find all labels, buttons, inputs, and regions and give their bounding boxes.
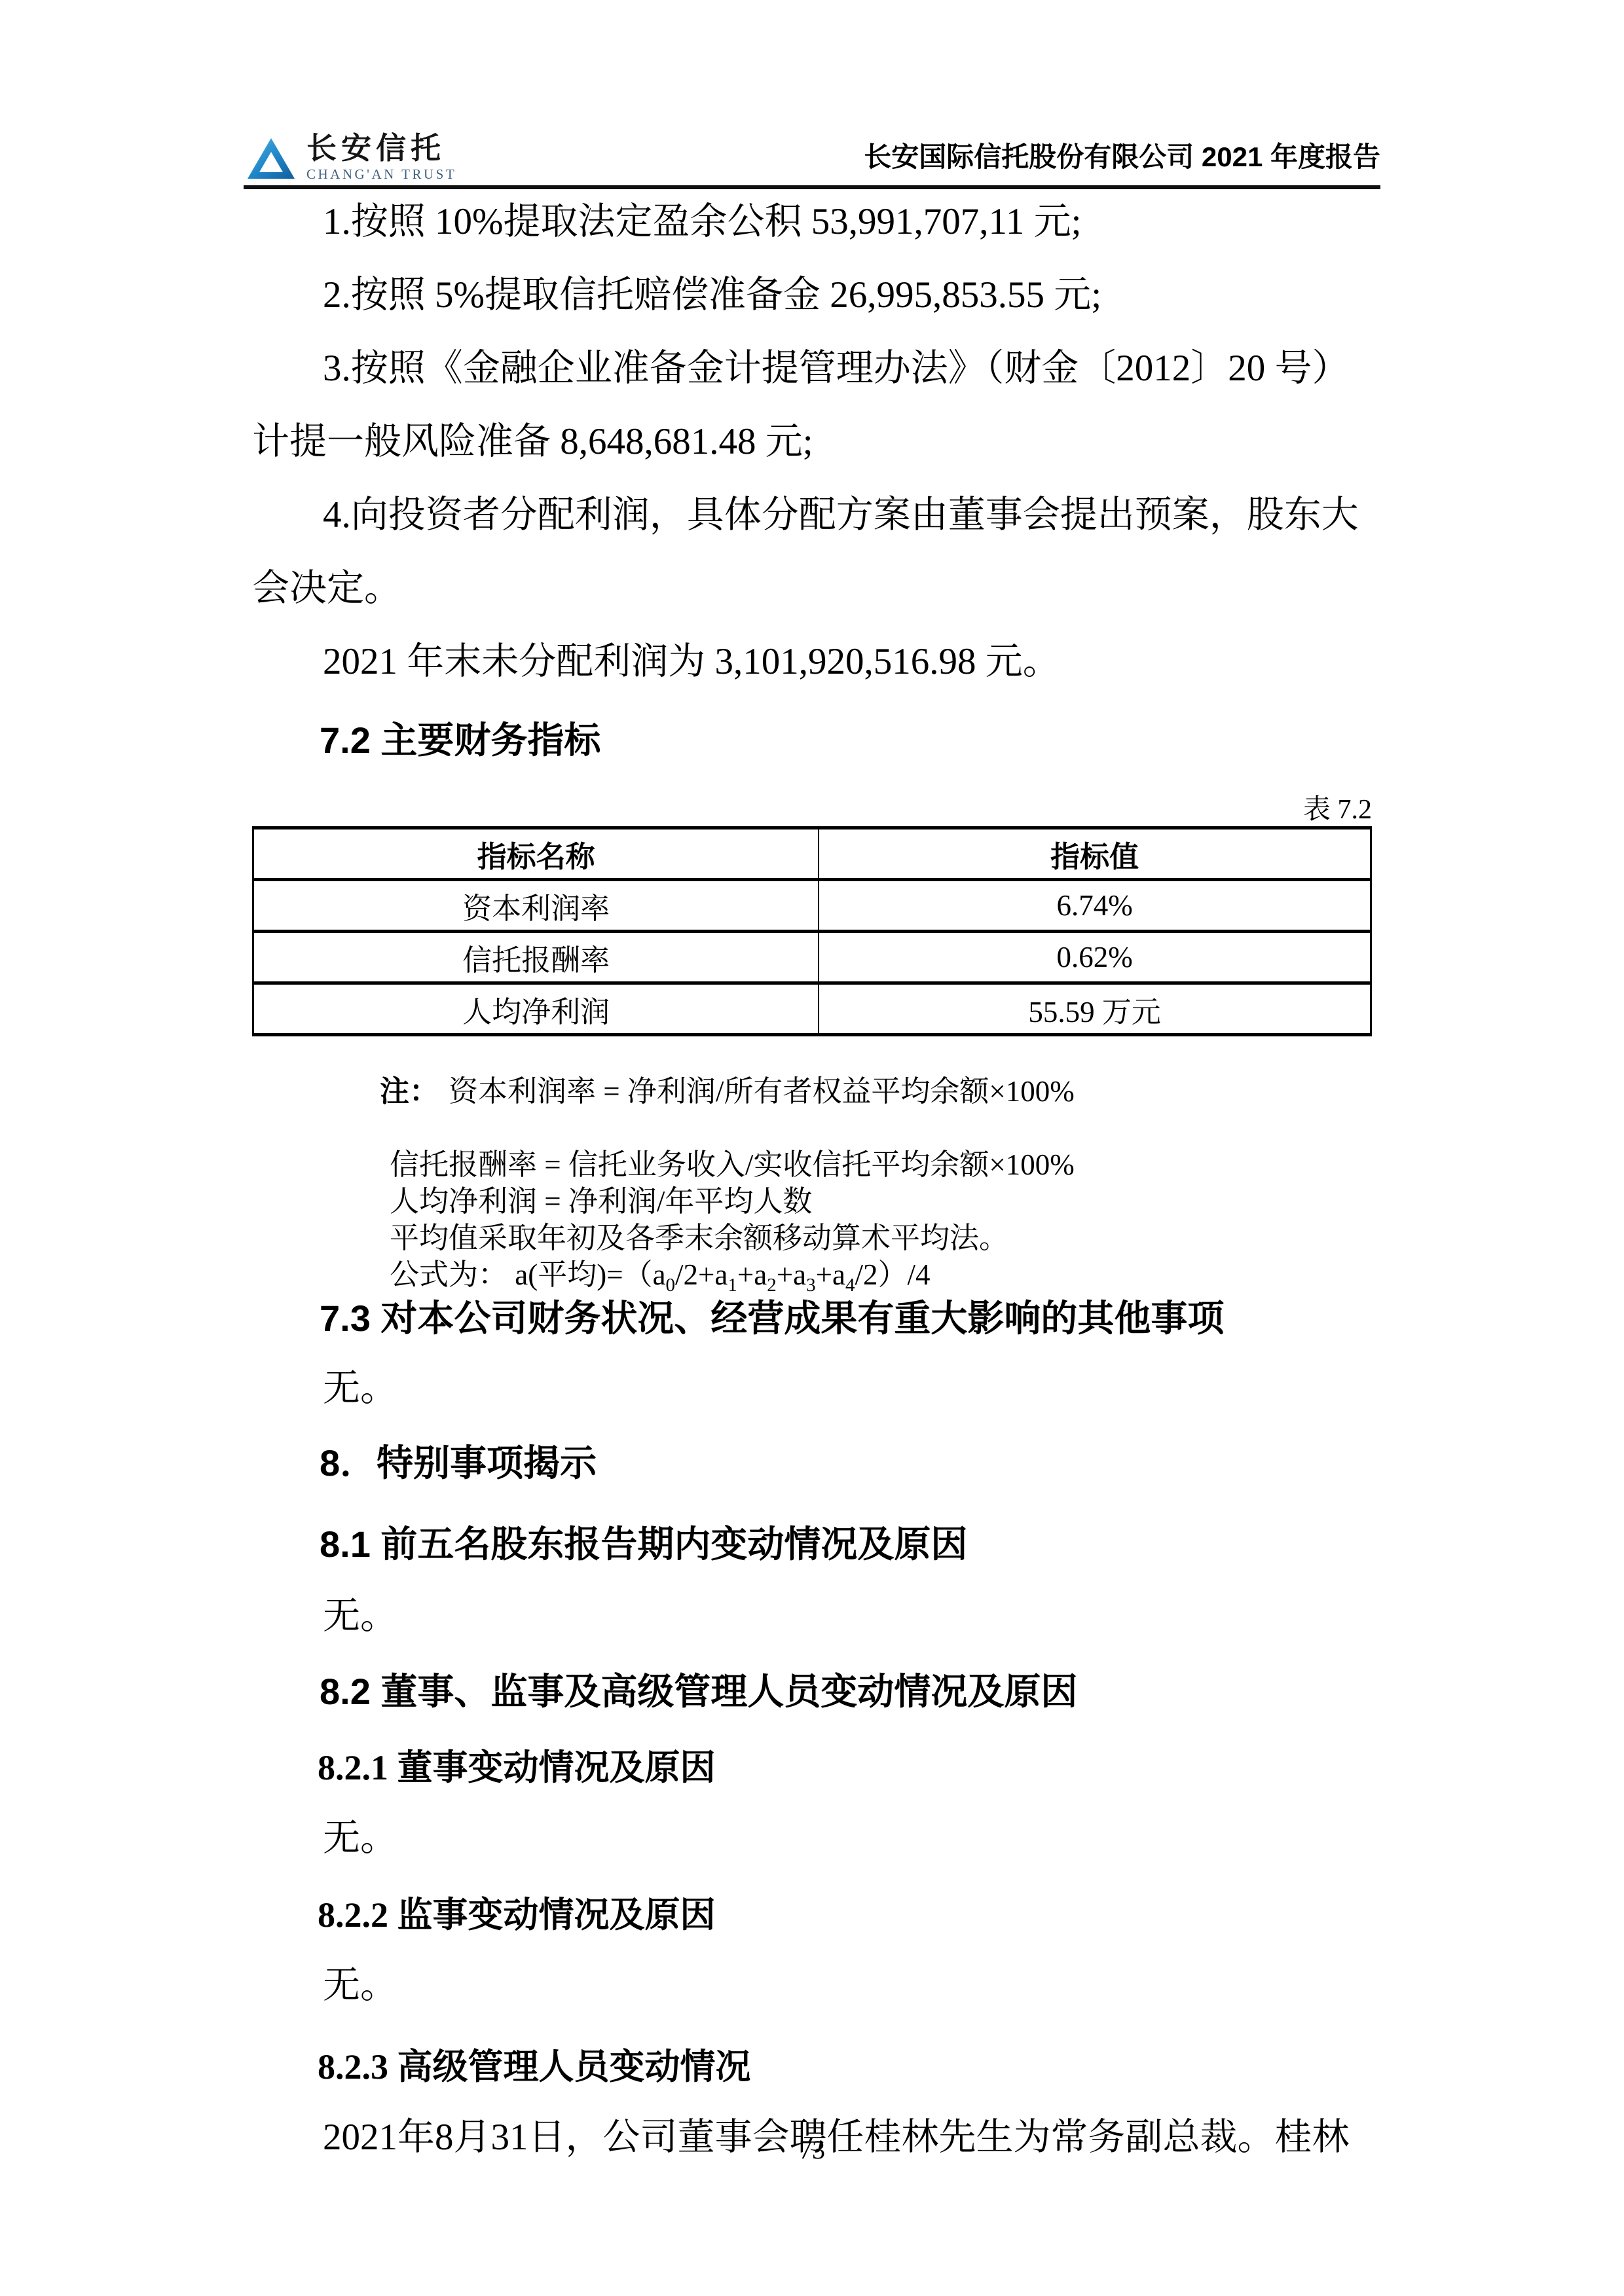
report-page: 长安信托 CHANG'AN TRUST 长安国际信托股份有限公司 2021 年度… [0,0,1624,2296]
formula-text: +a [737,1258,767,1291]
changan-trust-triangle-icon [246,137,296,181]
note-line: 信托报酬率 = 信托业务收入/实收信托平均余额×100% [252,1146,1372,1183]
note-line: 人均净利润 = 净利润/年平均人数 [252,1183,1372,1220]
note-label: 注： [380,1073,449,1110]
section-heading-8: 8．特别事项揭示 [252,1429,1372,1497]
none-text: 无。 [252,1949,1372,2022]
note-line: 平均值采取年初及各季末余额移动算术平均法。 [252,1220,1372,1256]
none-text: 无。 [252,1580,1372,1653]
note-text: 资本利润率 = 净利润/所有者权益平均余额×100% [449,1075,1075,1108]
logo-english-name: CHANG'AN TRUST [306,168,456,181]
document-body: 1.按照 10%提取法定盈余公积 53,991,707,11 元; 2.按照 5… [252,185,1372,2174]
section-heading-7-2: 7.2 主要财务指标 [252,706,1372,774]
report-title: 长安国际信托股份有限公司 2021 年度报告 [864,136,1380,175]
paragraph-line: 4.向投资者分配利润，具体分配方案由董事会提出预案，股东大 [252,479,1372,552]
section-heading-8-1: 8.1 前五名股东报告期内变动情况及原因 [252,1510,1372,1578]
logo-text-block: 长安信托 CHANG'AN TRUST [306,133,456,181]
table-header-cell: 指标名称 [253,828,819,880]
table-cell: 人均净利润 [253,983,819,1035]
table-cell: 6.74% [819,880,1371,932]
page-number: 73 [0,2133,1624,2167]
paragraph-line: 3.按照《金融企业准备金计提管理办法》（财金〔2012〕20 号） [252,332,1372,405]
formula-text: /2）/4 [855,1258,930,1291]
none-text: 无。 [252,1802,1372,1875]
section-heading-8-2-2: 8.2.2 监事变动情况及原因 [252,1884,1372,1946]
section-heading-8-2: 8.2 董事、监事及高级管理人员变动情况及原因 [252,1658,1372,1726]
formula-text: /2+a [675,1258,728,1291]
none-text: 无。 [252,1352,1372,1425]
financial-indicators-table: 指标名称 指标值 资本利润率 6.74% 信托报酬率 0.62% 人均净利润 5… [252,826,1372,1036]
formula-text: +a [816,1258,845,1291]
paragraph-line: 2.按照 5%提取信托赔偿准备金 26,995,853.55 元; [252,259,1372,332]
section-heading-8-2-1: 8.2.1 董事变动情况及原因 [252,1736,1372,1799]
paragraph-line: 计提一般风险准备 8,648,681.48 元; [252,405,1372,479]
table-header-cell: 指标值 [819,828,1371,880]
formula-text: 公式为： a(平均)=（a [390,1258,666,1291]
formula-text: +a [777,1258,806,1291]
table-header-row: 指标名称 指标值 [253,828,1371,880]
paragraph-line: 会决定。 [252,552,1372,625]
note-line: 注：资本利润率 = 净利润/所有者权益平均余额×100% [252,1036,1372,1146]
table-cell: 0.62% [819,932,1371,983]
paragraph-line: 1.按照 10%提取法定盈余公积 53,991,707,11 元; [252,185,1372,259]
table-row: 人均净利润 55.59 万元 [253,983,1371,1035]
page-header: 长安信托 CHANG'AN TRUST 长安国际信托股份有限公司 2021 年度… [244,124,1380,189]
note-formula-line: 公式为： a(平均)=（a0/2+a1+a2+a3+a4/2）/4 [252,1256,1372,1293]
table-cell: 资本利润率 [253,880,819,932]
table-row: 信托报酬率 0.62% [253,932,1371,983]
table-notes: 注：资本利润率 = 净利润/所有者权益平均余额×100% 信托报酬率 = 信托业… [252,1036,1372,1293]
paragraph-line: 2021 年末未分配利润为 3,101,920,516.98 元。 [252,625,1372,699]
table-caption: 表 7.2 [252,793,1372,826]
section-heading-8-2-3: 8.2.3 高级管理人员变动情况 [252,2035,1372,2098]
changan-trust-logo: 长安信托 CHANG'AN TRUST [246,133,456,181]
logo-chinese-name: 长安信托 [306,133,456,163]
section-heading-7-3: 7.3 对本公司财务状况、经营成果有重大影响的其他事项 [252,1293,1372,1344]
table-row: 资本利润率 6.74% [253,880,1371,932]
table-cell: 信托报酬率 [253,932,819,983]
table-cell: 55.59 万元 [819,983,1371,1035]
